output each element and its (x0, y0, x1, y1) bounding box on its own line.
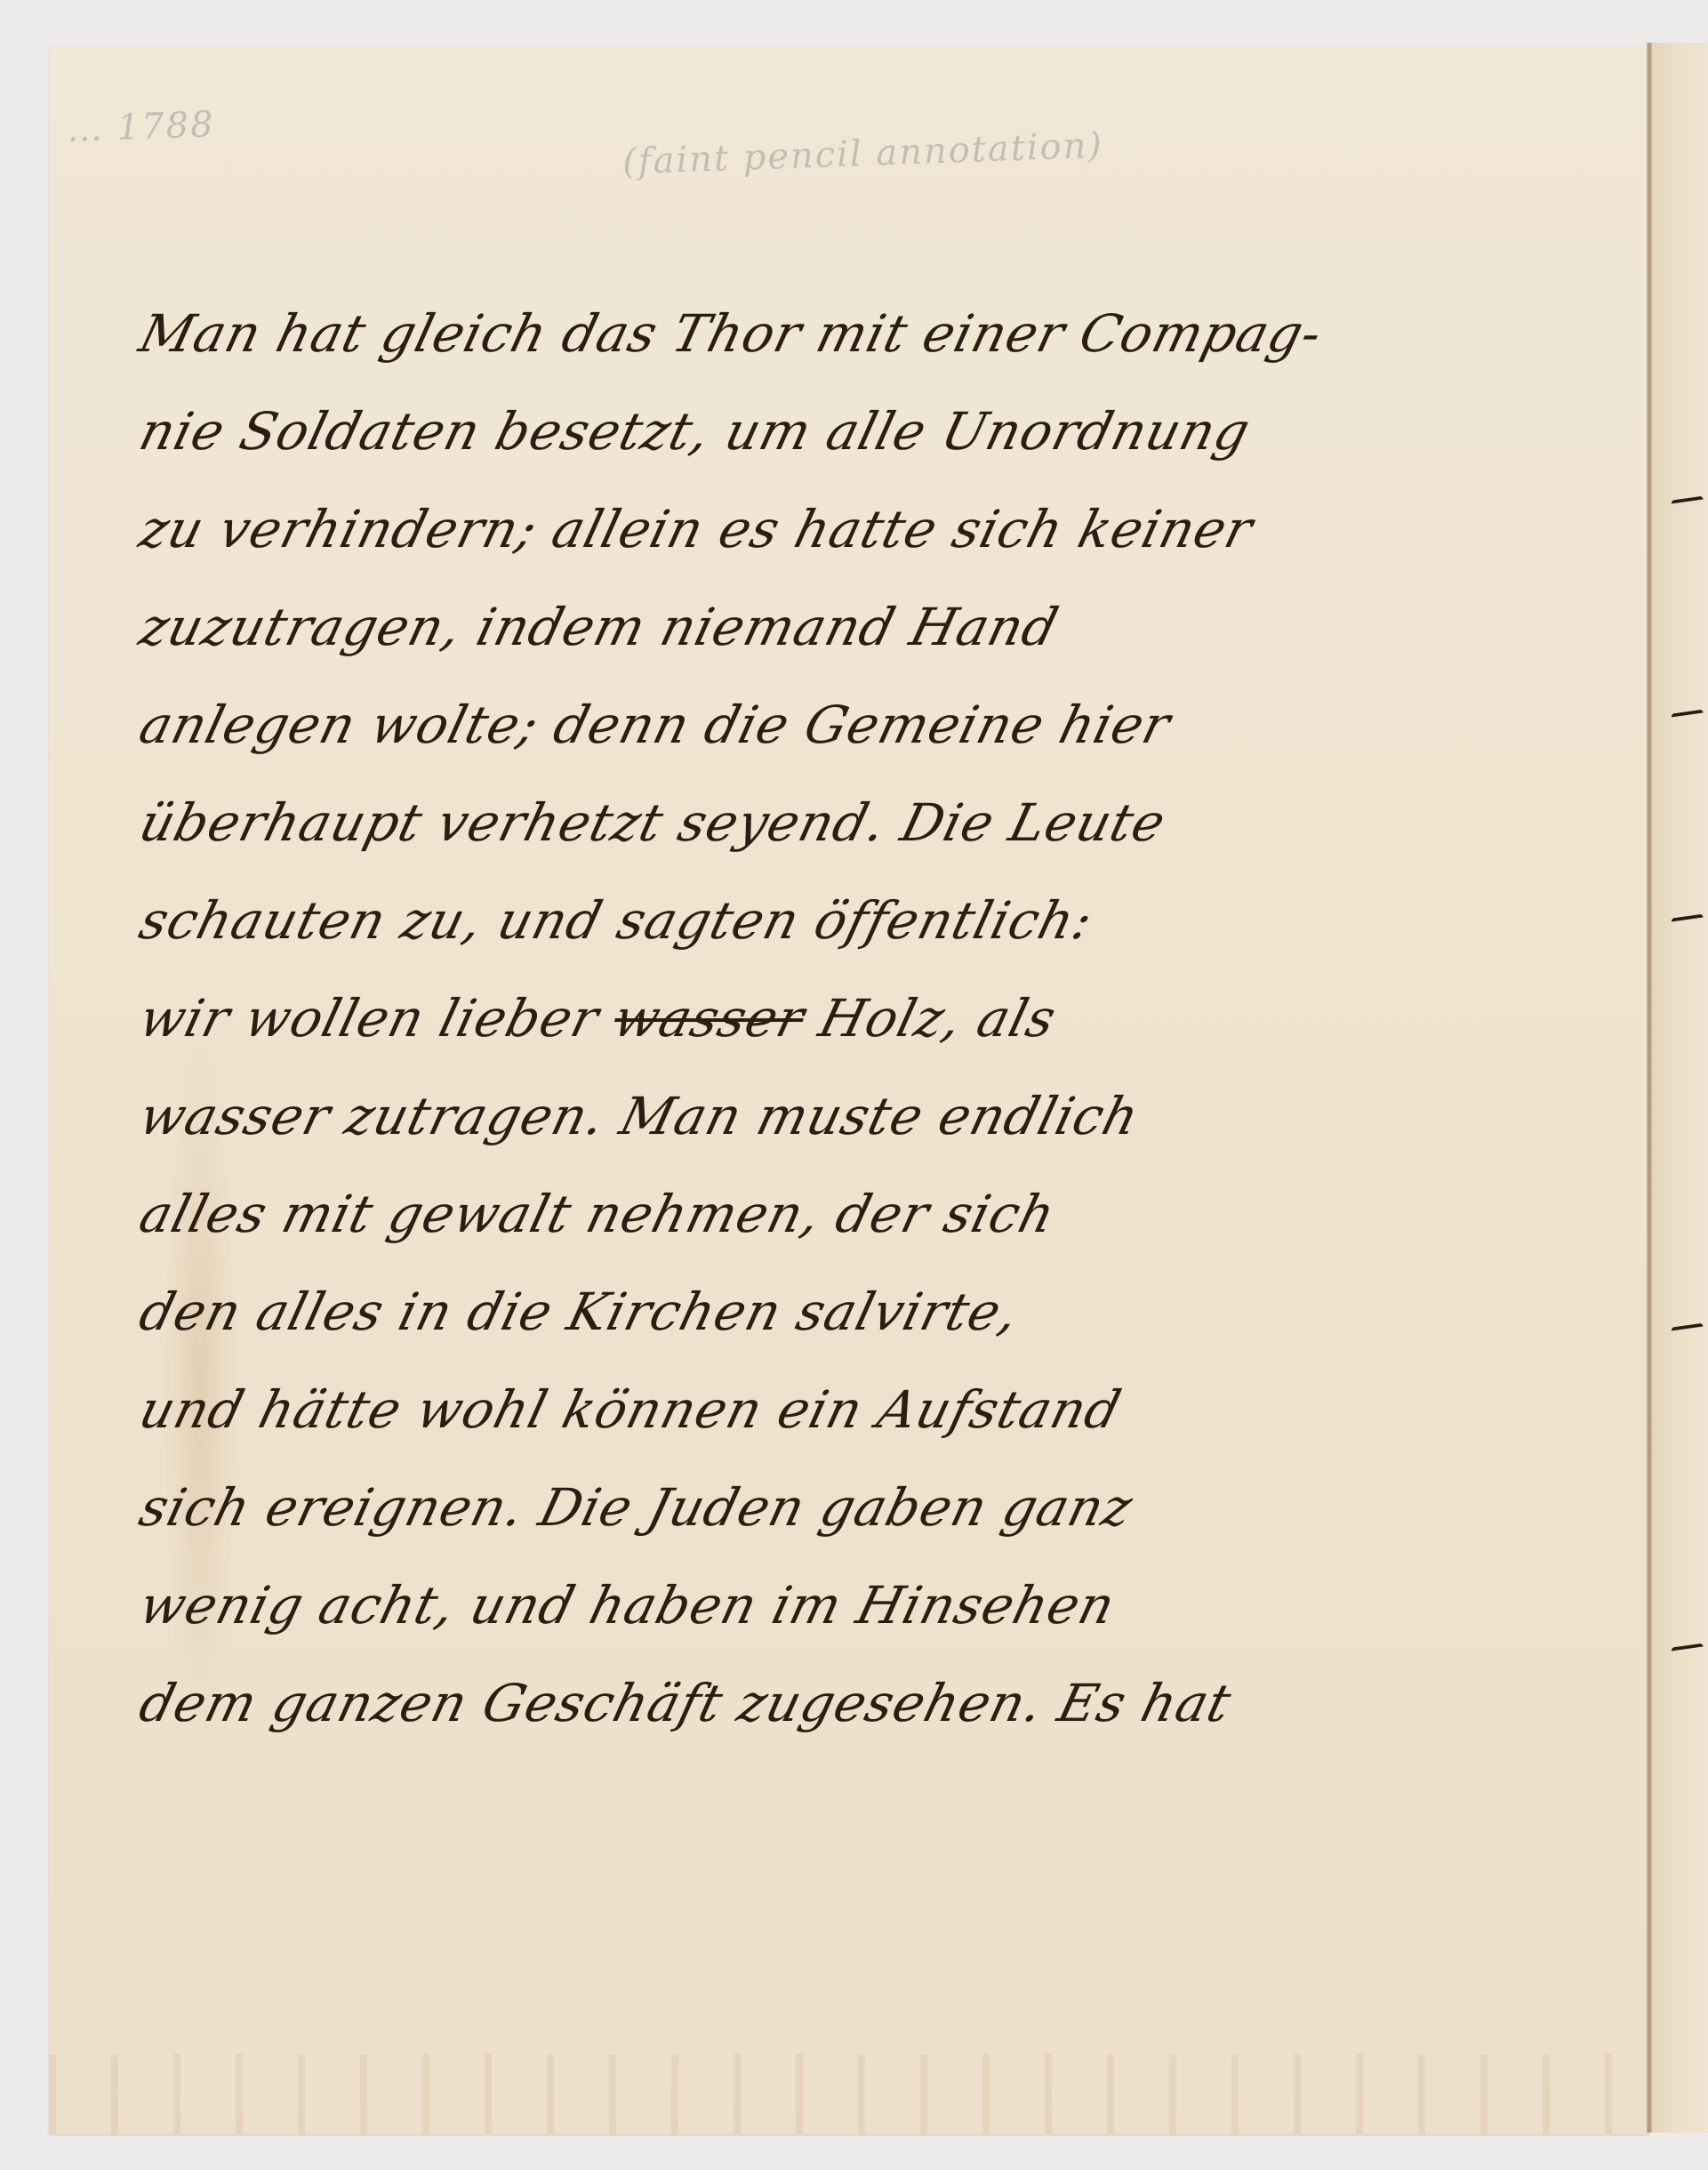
manuscript-line-5: anlegen wolte; denn die Gemeine hier (133, 694, 1651, 756)
manuscript-line-8: wir wollen lieber wasser Holz, als (133, 987, 1651, 1049)
manuscript-line-15: dem ganzen Geschäft zugesehen. Es hat (133, 1672, 1651, 1734)
line-8-post: Holz, als (796, 988, 1062, 1049)
manuscript-line-6: überhaupt verhetzt seyend. Die Leute (133, 792, 1651, 854)
adjacent-page-edge (1652, 43, 1708, 2133)
struck-through-word: wasser (607, 988, 811, 1049)
manuscript-line-1: Man hat gleich das Thor mit einer Compag… (133, 302, 1651, 365)
manuscript-line-2: nie Soldaten besetzt, um alle Unordnung (133, 400, 1651, 462)
manuscript-line-13: sich ereignen. Die Juden gaben ganz (133, 1476, 1651, 1539)
manuscript-line-10: alles mit gewalt nehmen, der sich (133, 1183, 1651, 1245)
manuscript-line-3: zu verhindern; allein es hatte sich kein… (133, 498, 1651, 560)
manuscript-line-14: wenig acht, und haben im Hinsehen (133, 1574, 1651, 1636)
manuscript-line-9: wasser zutragen. Man muste endlich (133, 1085, 1651, 1147)
pencil-note-left: … 1788 (66, 104, 215, 150)
line-8-pre: wir wollen lieber (133, 988, 622, 1049)
manuscript-line-7: schauten zu, und sagten öffentlich: (133, 889, 1651, 952)
manuscript-line-11: den alles in die Kirchen salvirte, (133, 1281, 1651, 1343)
manuscript-line-12: und hätte wohl können ein Aufstand (133, 1378, 1651, 1441)
manuscript-line-4: zuzutragen, indem niemand Hand (133, 596, 1651, 658)
